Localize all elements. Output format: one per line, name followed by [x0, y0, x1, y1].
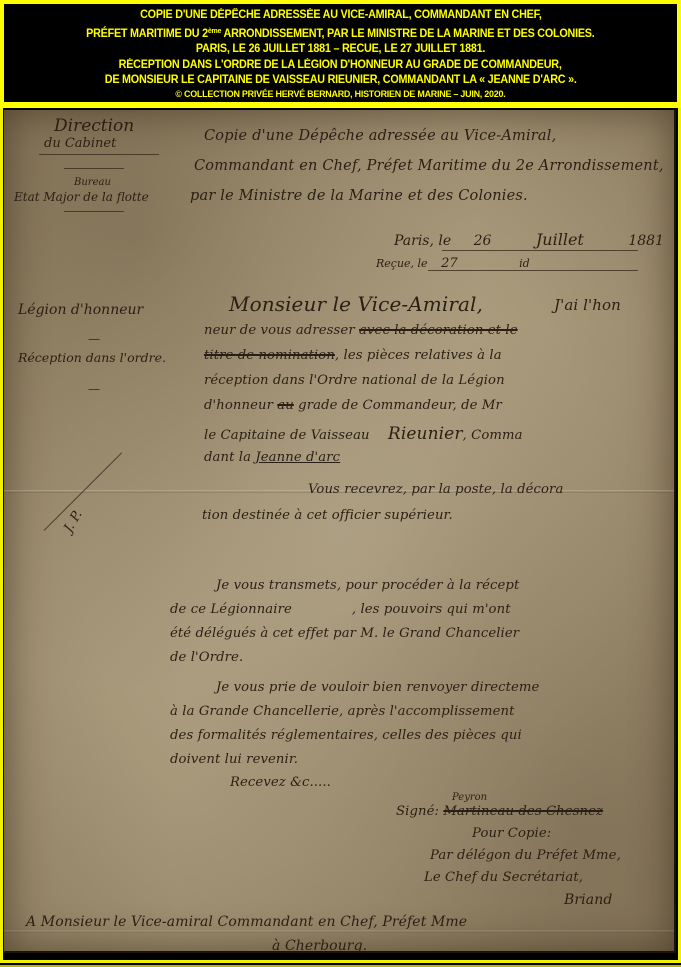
banner-line-3: PARIS, LE 26 JUILLET 1881 – RECUE, LE 27…: [196, 41, 485, 57]
banner-credit: © COLLECTION PRIVÉE HERVÉ BERNARD, HISTO…: [175, 88, 505, 101]
banner-line-4: RÉCEPTION DANS L'ORDRE DE LA LÉGION D'HO…: [119, 57, 562, 73]
paris-label: Paris, le: [394, 233, 451, 249]
title-line-3: par le Ministre de la Marine et des Colo…: [190, 188, 528, 204]
signer-struck: Martineau des Chesnez: [443, 804, 603, 819]
p1-line6: le Capitaine de Vaisseau Rieunier, Comma: [204, 424, 523, 444]
p3-line2b: , les pouvoirs qui m'ont: [352, 602, 511, 617]
p1-line7a: dant la: [204, 450, 251, 465]
p4-line2: à la Grande Chancellerie, après l'accomp…: [170, 704, 515, 719]
title-banner-panel: COPIE D'UNE DÉPÊCHE ADRESSÉE AU VICE-AMI…: [4, 4, 677, 102]
rieunier-name: Rieunier: [388, 424, 463, 444]
p1-line3: titre de nomination, les pièces relative…: [204, 348, 502, 363]
title-line-1: Copie d'une Dépêche adressée au Vice-Ami…: [204, 128, 556, 144]
title-line-2: Commandant en Chef, Préfet Maritime du 2…: [194, 158, 664, 174]
p1-line3-text: , les pièces relatives à la: [335, 348, 502, 363]
delegation-line: Par délégon du Préfet Mme,: [430, 848, 621, 863]
legionnaire-word: Légionnaire: [210, 602, 291, 617]
signe-label: Signé:: [396, 804, 439, 819]
addressee-line-2: à Cherbourg.: [272, 938, 367, 953]
closing: Recevez &c.....: [230, 775, 331, 790]
p1-line6a: le Capitaine de Vaisseau: [204, 428, 370, 443]
paper-fold: [4, 930, 674, 933]
signer-correction: Peyron: [452, 792, 487, 803]
ship-name: Jeanne d'arc: [255, 450, 340, 465]
p3-line3: été délégués à cet effet par M. le Grand…: [170, 626, 519, 641]
margin-subject: Légion d'honneur: [18, 302, 143, 318]
recue-ditto: id: [519, 257, 530, 270]
margin-dash: —: [88, 382, 100, 396]
p1-line2: neur de vous adresser avec la décoration…: [204, 323, 518, 338]
dateline-recue: Reçue, le 27 id: [376, 256, 530, 271]
p4-line1: Je vous prie de vouloir bien renvoyer di…: [216, 680, 539, 695]
p3-line2a: de ce: [170, 602, 206, 617]
p1-line2-struck: avec la décoration et le: [359, 323, 518, 338]
chef-signature: Briand: [564, 892, 612, 908]
p1-line6b: , Comma: [463, 428, 523, 443]
manuscript-page: Direction du Cabinet Bureau Etat Major d…: [4, 110, 676, 953]
p1-line5-struck: au: [277, 398, 294, 413]
p1-line1-end: J'ai l'hon: [554, 296, 621, 314]
p1-line4: réception dans l'Ordre national de la Lé…: [204, 373, 505, 388]
letterhead-bureau: Bureau: [74, 177, 111, 188]
banner-line-5: DE MONSIEUR LE CAPITAINE DE VAISSEAU RIE…: [105, 72, 577, 88]
p3-line1: Je vous transmets, pour procéder à la ré…: [216, 578, 519, 593]
recue-rule: [428, 270, 638, 271]
recue-label: Reçue, le: [376, 257, 428, 270]
letterhead-etat-major: Etat Major de la flotte: [14, 190, 149, 204]
p1-line7: dant la Jeanne d'arc: [204, 450, 340, 465]
p1-line5a: d'honneur: [204, 398, 273, 413]
p1-line5: d'honneur au grade de Commandeur, de Mr: [204, 398, 502, 413]
p1-line5b: grade de Commandeur, de Mr: [298, 398, 502, 413]
letterhead-ornament-rule: [64, 168, 124, 169]
banner-line-2b: ARRONDISSEMENT, PAR LE MINISTRE DE LA MA…: [221, 27, 594, 40]
letterhead-rule: [64, 211, 124, 212]
letterhead-cabinet: du Cabinet: [44, 136, 116, 151]
date-month: Juillet: [536, 230, 584, 249]
p1-line3-struck: titre de nomination: [204, 348, 335, 363]
date-day: 26: [474, 233, 492, 249]
p2-line1: Vous recevrez, par la poste, la décora: [308, 482, 563, 497]
salutation: Monsieur le Vice-Amiral,: [229, 292, 483, 316]
banner-line-2a: PRÉFET MARITIME DU 2: [86, 27, 208, 40]
dateline-rule: [442, 250, 638, 251]
date-year: 1881: [628, 233, 664, 249]
title-banner: COPIE D'UNE DÉPÊCHE ADRESSÉE AU VICE-AMI…: [0, 0, 681, 108]
letterhead-rule: [39, 154, 159, 155]
margin-dash: —: [88, 332, 100, 346]
margin-initials: J. P.: [61, 508, 85, 535]
dateline-paris: Paris, le 26 Juillet 1881: [394, 230, 664, 249]
banner-line-1: COPIE D'UNE DÉPÊCHE ADRESSÉE AU VICE-AMI…: [140, 7, 541, 23]
margin-reception: Réception dans l'ordre.: [18, 350, 166, 365]
p3-line4: de l'Ordre.: [170, 650, 243, 665]
p3-line2: de ce Légionnaire, les pouvoirs qui m'on…: [170, 602, 511, 617]
recue-day: 27: [441, 256, 458, 271]
p2-line2: tion destinée à cet officier supérieur.: [202, 508, 453, 523]
p4-line3: des formalités réglementaires, celles de…: [170, 728, 522, 743]
letterhead-direction: Direction: [54, 116, 134, 136]
banner-superscript: ème: [208, 26, 221, 35]
p1-line2-text: neur de vous adresser: [204, 323, 355, 338]
document-frame: Direction du Cabinet Bureau Etat Major d…: [0, 108, 681, 967]
addressee-line-1: A Monsieur le Vice-amiral Commandant en …: [26, 914, 467, 930]
p4-line4: doivent lui revenir.: [170, 752, 298, 767]
chef-secretariat: Le Chef du Secrétariat,: [424, 870, 583, 885]
pour-copie: Pour Copie:: [472, 826, 551, 841]
signature-line: Signé: Martineau des Chesnez: [396, 804, 603, 819]
banner-line-2: PRÉFET MARITIME DU 2ème ARRONDISSEMENT, …: [86, 23, 594, 42]
